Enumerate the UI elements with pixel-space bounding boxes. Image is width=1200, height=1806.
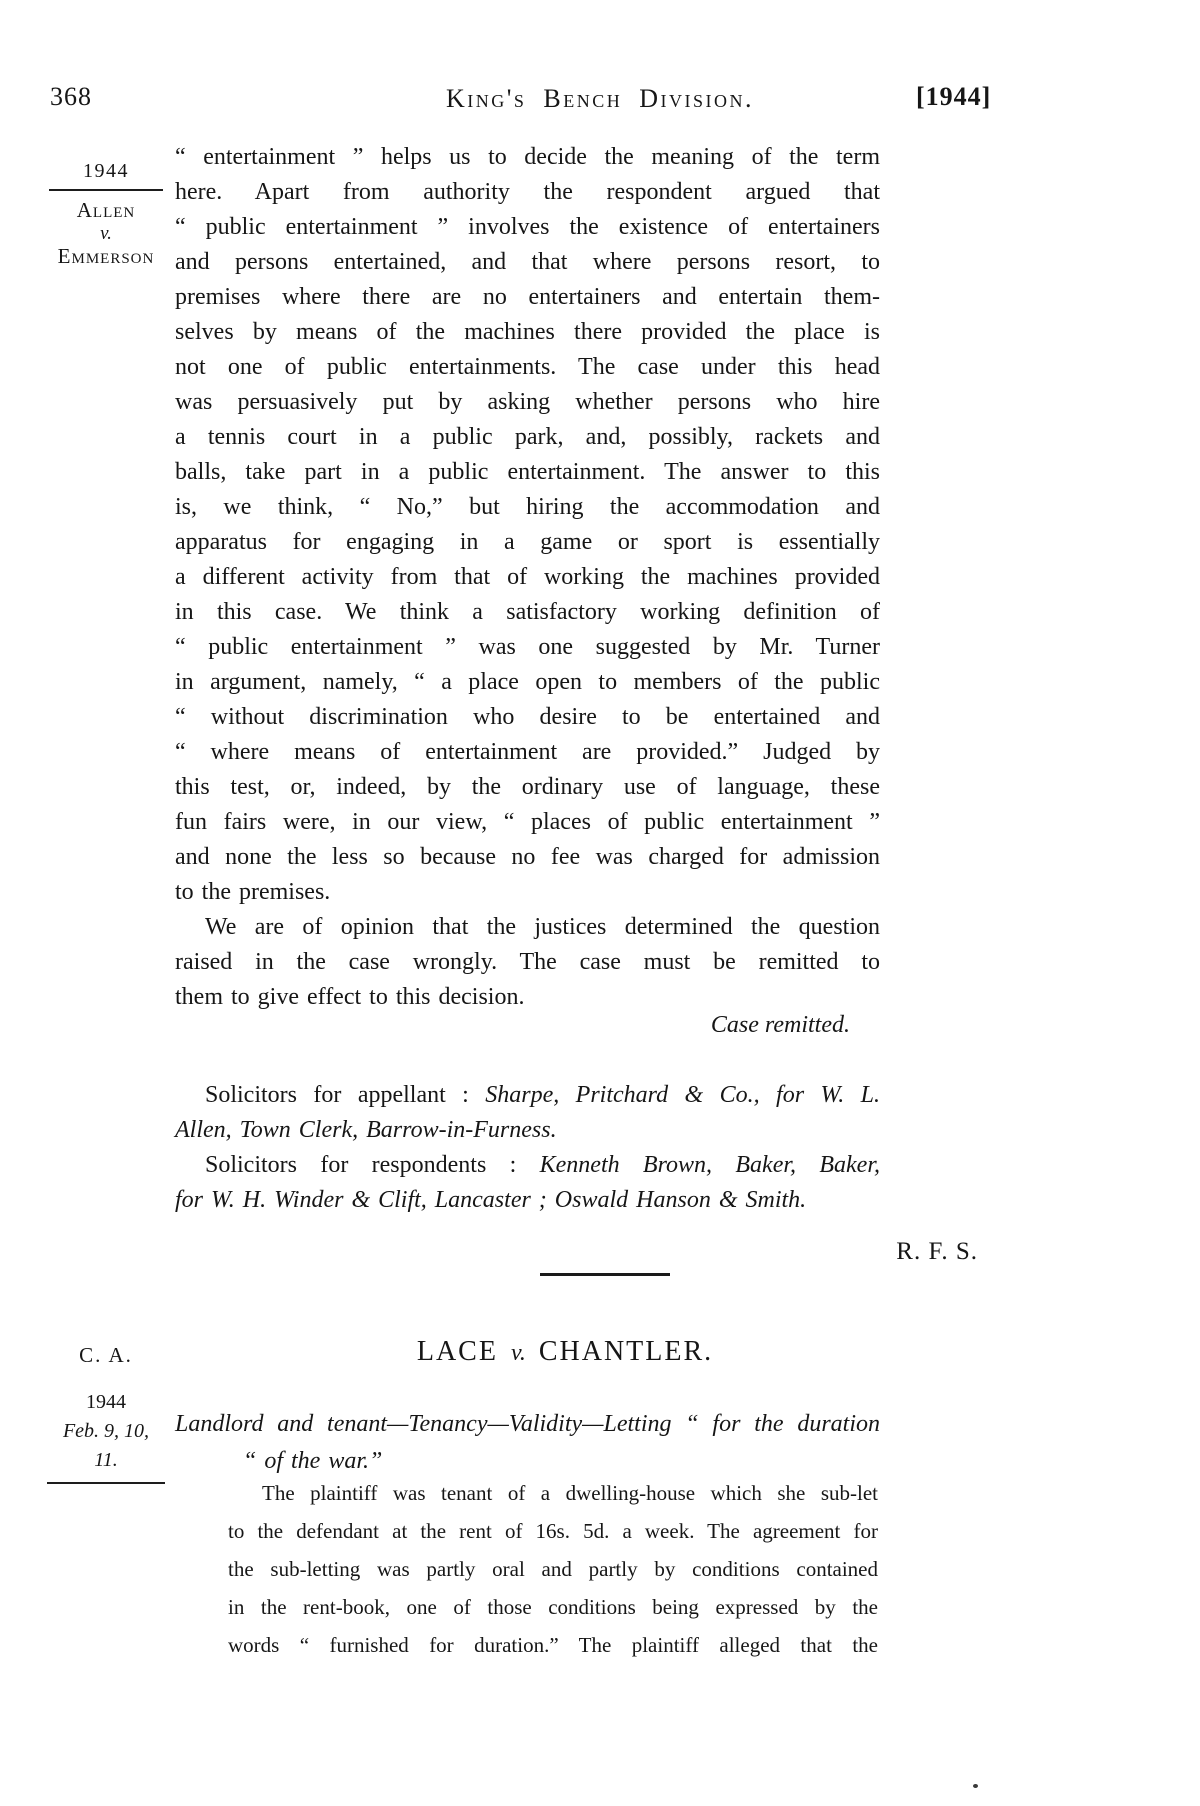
text-line: “ without discrimination who desire to b… [175,700,880,735]
margin-versus: v. [40,222,172,245]
reporter-initials: R. F. S. [798,1238,978,1266]
case-disposition: Case remitted. [175,1012,880,1039]
text-line: We are of opinion that the justices dete… [175,910,880,945]
text-line: not one of public entertainments. The ca… [175,350,880,385]
margin-appellant: Allen [40,199,172,222]
solicitors-respondent-continuation: for W. H. Winder & Clift, Lancaster ; Os… [175,1183,880,1218]
text-line: in argument, namely, “ a place open to m… [175,665,880,700]
margin-date-days: Feb. 9, 10, [40,1417,172,1446]
judgment-paragraph: “ entertainment ” helps us to decide the… [175,140,880,910]
solicitors-respondent-names: Kenneth Brown, Baker, Baker, [540,1152,880,1178]
margin-rule [47,1482,165,1484]
disposition-text: Case remitted. [711,1012,880,1038]
case-divider-rule [540,1273,670,1276]
text-line: to the premises. [175,875,880,910]
margin-respondent: Emmerson [40,245,172,268]
ink-speck [973,1784,978,1788]
solicitors-respondent-line: Solicitors for respondents : Kenneth Bro… [175,1148,880,1183]
text-line: this test, or, indeed, by the ordinary u… [175,770,880,805]
judgment-paragraph: We are of opinion that the justices dete… [175,910,880,1015]
margin-rule [49,189,163,191]
text-line: raised in the case wrongly. The case mus… [175,945,880,980]
margin-date-note: 1944 Feb. 9, 10, 11. [40,1388,172,1484]
solicitors-appellant-line: Solicitors for appellant : Sharpe, Pritc… [175,1078,880,1113]
solicitors-appellant-continuation: Allen, Town Clerk, Barrow-in-Furness. [175,1113,880,1148]
text-line: The plaintiff was tenant of a dwelling-h… [228,1474,878,1512]
case-title-party2: CHANTLER. [539,1336,713,1367]
text-line: here. Apart from authority the responden… [175,175,880,210]
solicitors-respondent-prefix: Solicitors for respondents : [205,1152,540,1178]
text-line: is, we think, “ No,” but hiring the acco… [175,490,880,525]
law-report-page: 368 King's Bench Division. [1944] 1944 A… [0,0,1200,1806]
text-line: them to give effect to this decision. [175,980,880,1015]
case-title-party1: LACE [417,1336,498,1367]
text-line: in this case. We think a satisfactory wo… [175,595,880,630]
running-title: King's Bench Division. [0,84,1200,114]
text-line: selves by means of the machines there pr… [175,315,880,350]
text-line: fun fairs were, in our view, “ places of… [175,805,880,840]
text-line: “ entertainment ” helps us to decide the… [175,140,880,175]
text-line: balls, take part in a public entertainme… [175,455,880,490]
margin-date-year: 1944 [40,1388,172,1417]
solicitors-block: Solicitors for appellant : Sharpe, Pritc… [175,1078,880,1218]
text-line: a tennis court in a public park, and, po… [175,420,880,455]
text-line: and none the less so because no fee was … [175,840,880,875]
text-line: and persons entertained, and that where … [175,245,880,280]
text-line: “ where means of entertainment are provi… [175,735,880,770]
volume-year: [1944] [916,82,991,112]
text-line: in the rent-book, one of those condition… [228,1588,878,1626]
case-title: LACEv.CHANTLER. [175,1336,955,1368]
text-line: to the defendant at the rent of 16s. 5d.… [228,1512,878,1550]
margin-note-case: 1944 Allen v. Emmerson [40,160,172,268]
text-line: “ public entertainment ” was one suggest… [175,630,880,665]
text-line: words “ furnished for duration.” The pla… [228,1626,878,1664]
case-title-versus: v. [511,1340,526,1366]
text-line: premises where there are no entertainers… [175,280,880,315]
text-line: was persuasively put by asking whether p… [175,385,880,420]
solicitors-appellant-names: Sharpe, Pritchard & Co., for W. L. [485,1082,880,1108]
headnote-catchwords: Landlord and tenant—Tenancy—Validity—Let… [175,1406,880,1480]
margin-date-days2: 11. [40,1446,172,1475]
headnote-summary: The plaintiff was tenant of a dwelling-h… [228,1474,878,1664]
text-line: apparatus for engaging in a game or spor… [175,525,880,560]
margin-year: 1944 [40,160,172,183]
text-line: Landlord and tenant—Tenancy—Validity—Let… [175,1406,880,1443]
margin-court: C. A. [40,1343,172,1368]
text-line: a different activity from that of workin… [175,560,880,595]
solicitors-appellant-prefix: Solicitors for appellant : [205,1082,485,1108]
text-line: “ public entertainment ” involves the ex… [175,210,880,245]
text-line: the sub-letting was partly oral and part… [228,1550,878,1588]
